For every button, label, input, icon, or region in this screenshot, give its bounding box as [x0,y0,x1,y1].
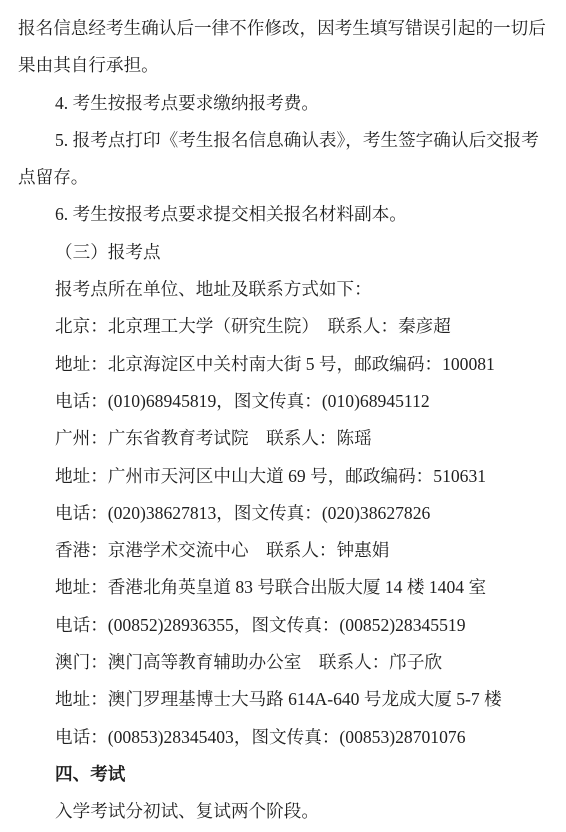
subsection-heading: （三）报考点 [18,234,552,271]
contact-macau-address-line: 地址：澳门罗理基博士大马路 614A-640 号龙成大厦 5-7 楼 [18,681,552,718]
contact-beijing-address-line: 地址：北京海淀区中关村南大街 5 号，邮政编码：100081 [18,346,552,383]
exam-intro-line: 入学考试分初试、复试两个阶段。 [18,793,552,830]
numbered-item-4: 4. 考生按报考点要求缴纳报考费。 [18,85,552,122]
document-page: 报名信息经考生确认后一律不作修改，因考生填写错误引起的一切后 果由其自行承担。 … [0,0,566,832]
paragraph-continuation-line: 果由其自行承担。 [18,47,552,84]
contact-hongkong-unit-line: 香港：京港学术交流中心 联系人：钟惠娟 [18,532,552,569]
contact-hongkong-phone-line: 电话：(00852)28936355，图文传真：(00852)28345519 [18,607,552,644]
paragraph-continuation-line: 报名信息经考生确认后一律不作修改，因考生填写错误引起的一切后 [18,10,552,47]
contact-guangzhou-address-line: 地址：广州市天河区中山大道 69 号，邮政编码：510631 [18,458,552,495]
numbered-item-6: 6. 考生按报考点要求提交相关报名材料副本。 [18,196,552,233]
contact-guangzhou-phone-line: 电话：(020)38627813，图文传真：(020)38627826 [18,495,552,532]
numbered-item-5: 5. 报考点打印《考生报名信息确认表》，考生签字确认后交报考 [18,122,552,159]
intro-line: 报考点所在单位、地址及联系方式如下： [18,271,552,308]
contact-beijing-unit-line: 北京：北京理工大学（研究生院） 联系人：秦彦超 [18,308,552,345]
contact-macau-unit-line: 澳门：澳门高等教育辅助办公室 联系人：邝子欣 [18,644,552,681]
contact-hongkong-address-line: 地址：香港北角英皇道 83 号联合出版大厦 14 楼 1404 室 [18,569,552,606]
contact-guangzhou-unit-line: 广州：广东省教育考试院 联系人：陈瑶 [18,420,552,457]
section-heading-exam: 四、考试 [18,756,552,793]
contact-beijing-phone-line: 电话：(010)68945819，图文传真：(010)68945112 [18,383,552,420]
contact-macau-phone-line: 电话：(00853)28345403，图文传真：(00853)28701076 [18,719,552,756]
paragraph-continuation-line: 点留存。 [18,159,552,196]
